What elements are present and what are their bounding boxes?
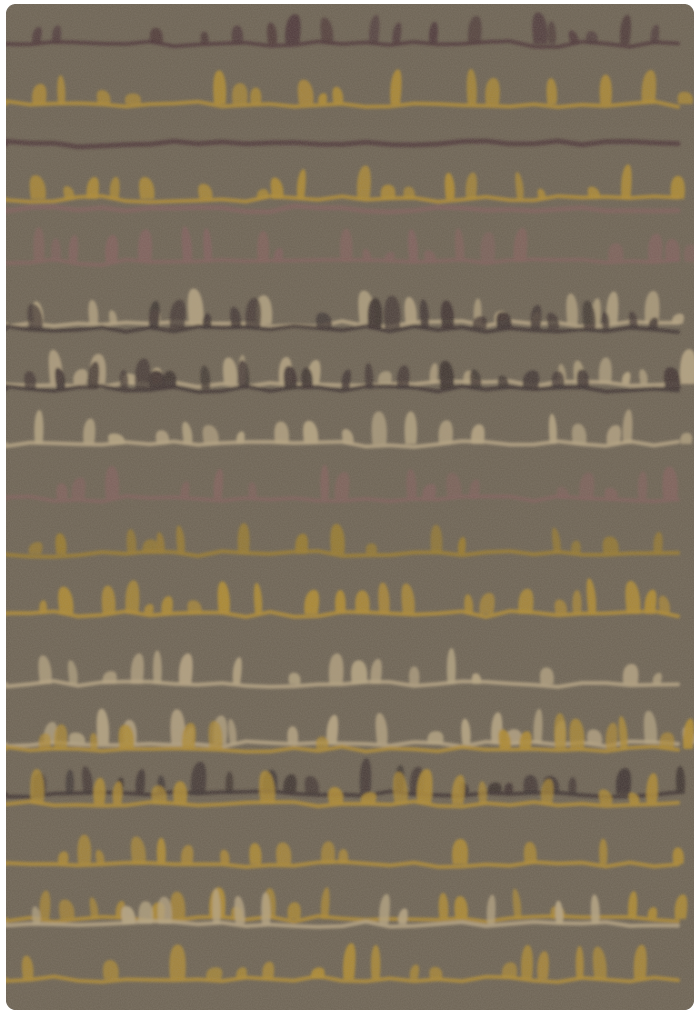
rug-photo: Hand-tufted area rug with horizontal row… <box>6 4 694 1010</box>
rug-pattern <box>6 4 694 1010</box>
